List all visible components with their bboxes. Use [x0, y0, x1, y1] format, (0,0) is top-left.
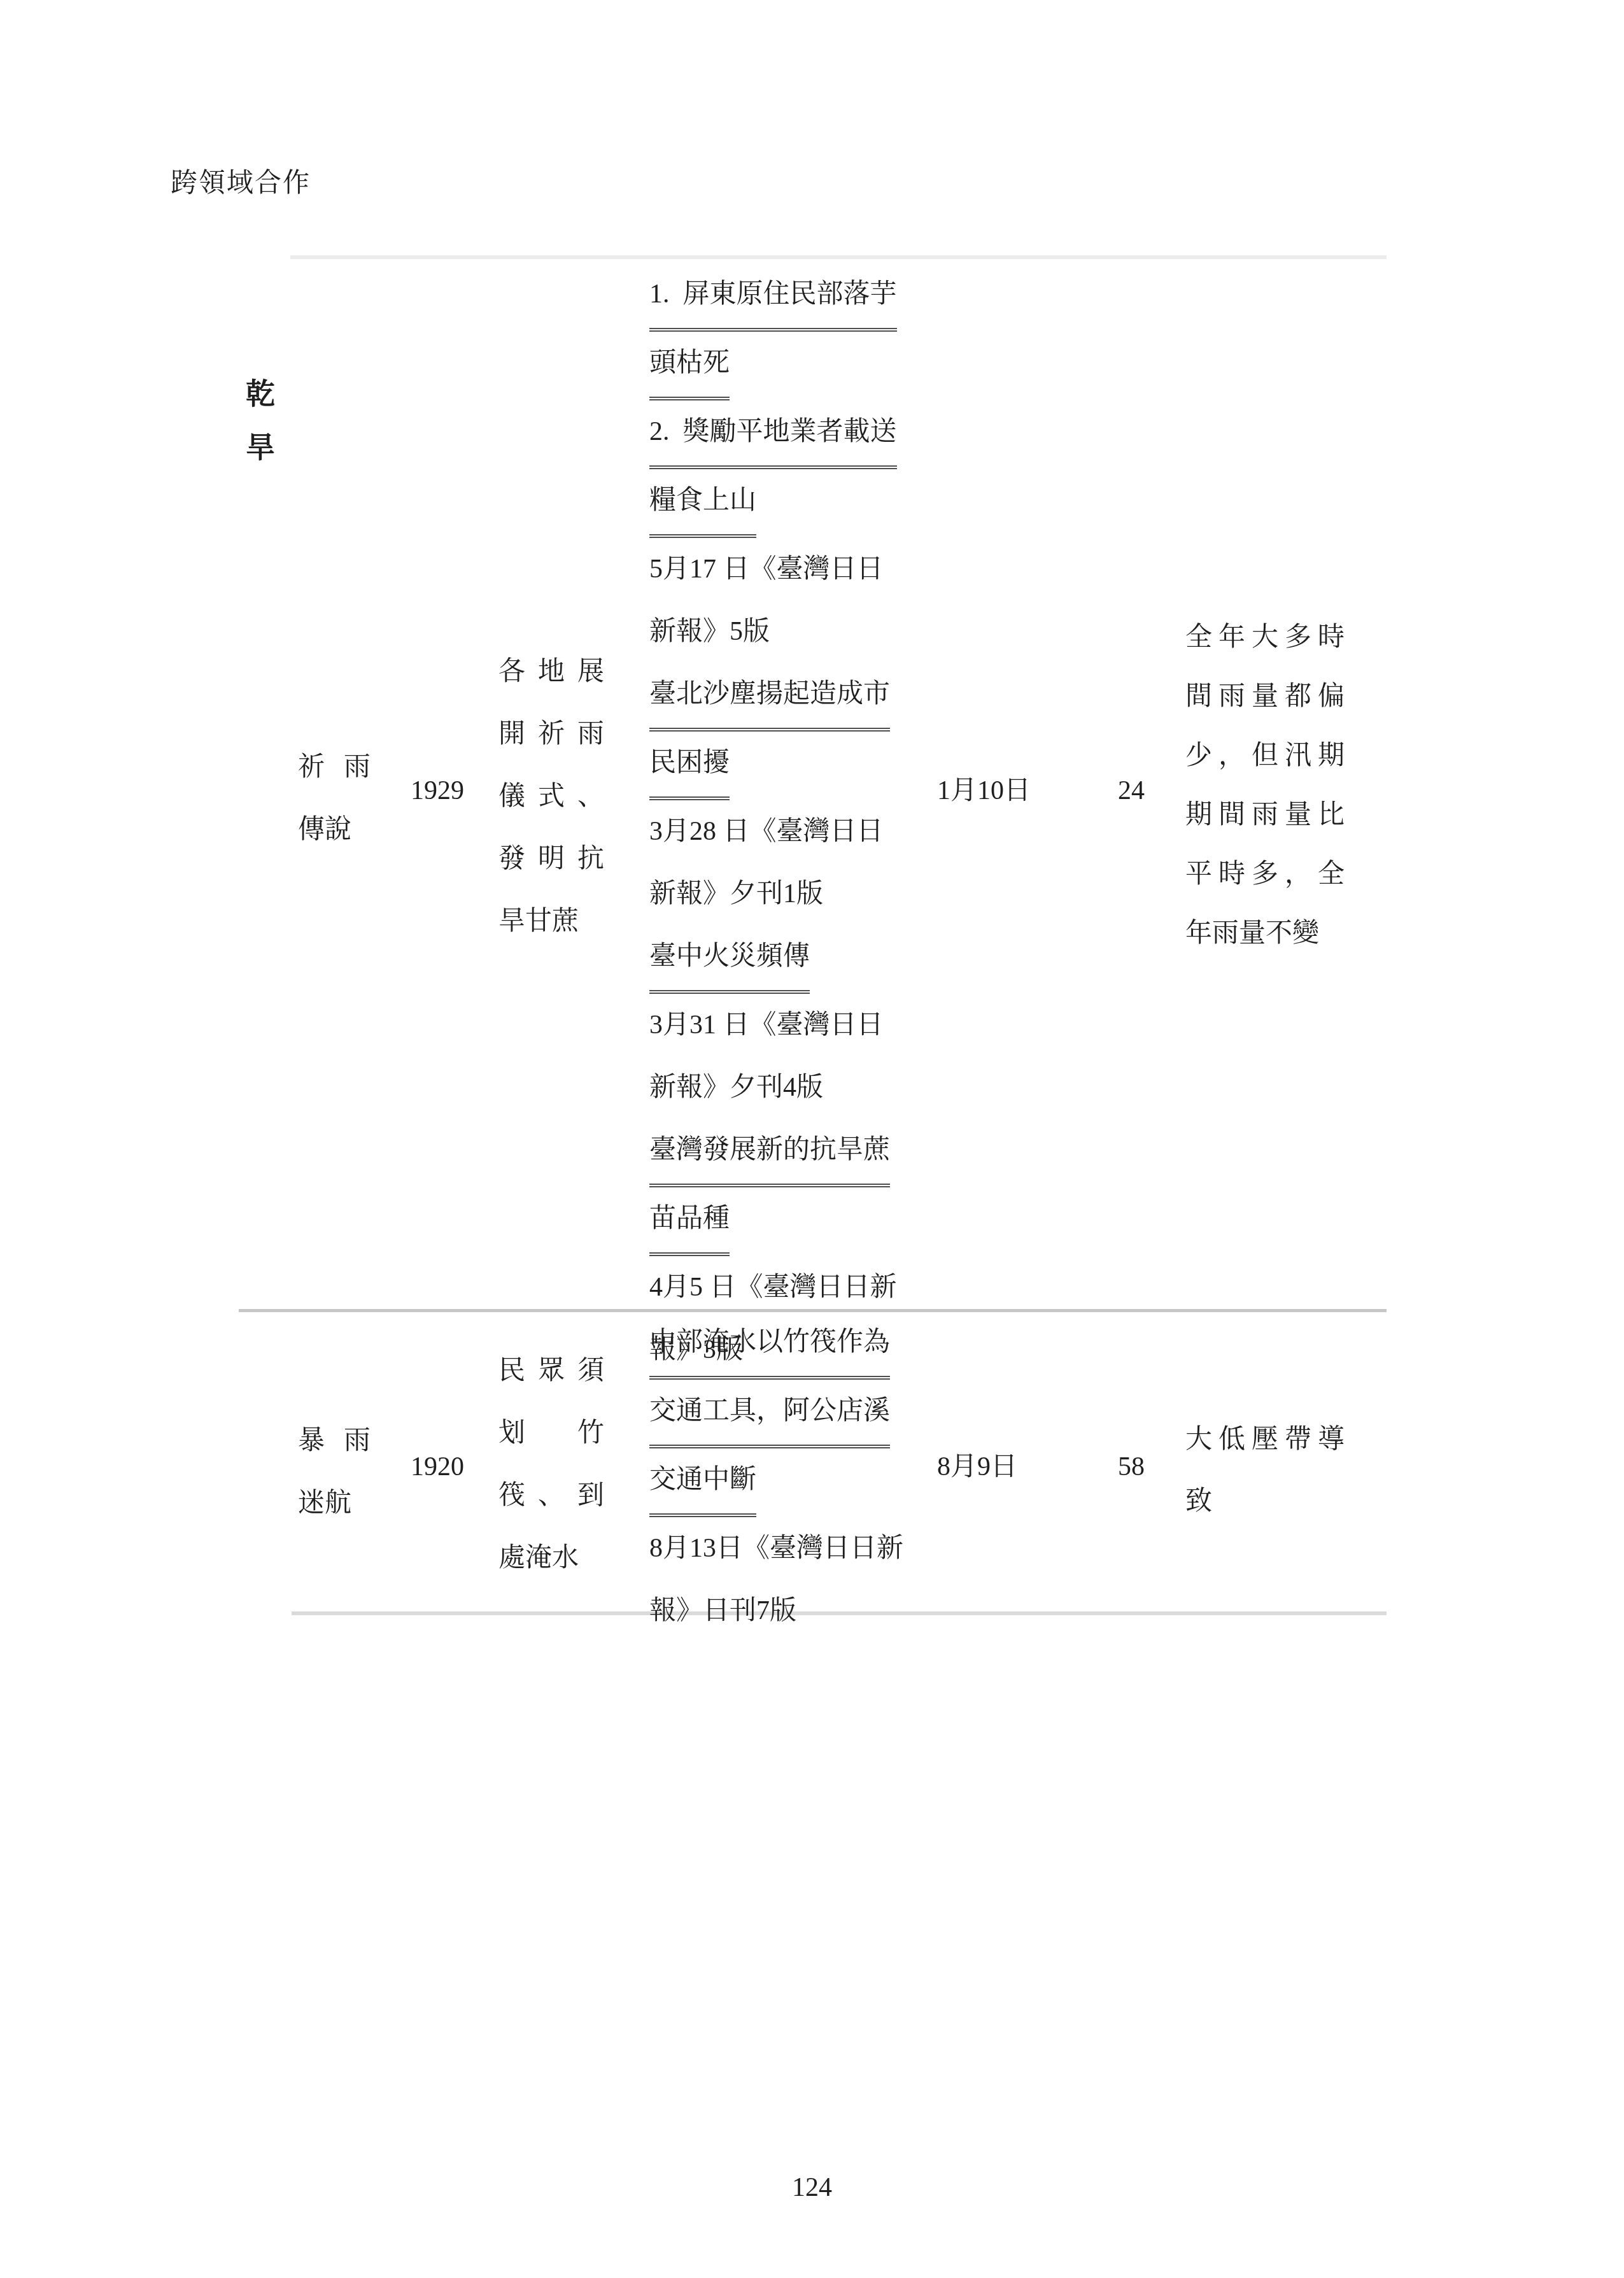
news-cell: 中部淹水以竹筏作為交通工具，阿公店溪交通中斷8月13日《臺灣日日新報》日刊7版	[649, 1311, 923, 1642]
news-line: 報》日刊7版	[649, 1580, 923, 1642]
news-line: 臺北沙塵揚起造成市	[649, 663, 923, 732]
headline-underlined: 頭枯死	[649, 332, 730, 400]
event-name-line: 迷航	[298, 1472, 371, 1534]
year-value: 1929	[411, 775, 464, 806]
year-cell: 1920	[411, 1452, 464, 1482]
news-line: 頭枯死	[649, 332, 923, 400]
document-page: 跨領域合作 乾旱祈雨傳說1929各地展開祈雨儀式、發明抗旱甘蔗1. 屏東原住民部…	[0, 0, 1624, 2278]
date-value: 8月9日	[937, 1452, 1017, 1482]
event-name-line: 暴雨	[298, 1410, 371, 1472]
description-cell: 民眾須划竹筏、到處淹水	[498, 1340, 604, 1589]
description-line: 民眾須	[498, 1340, 604, 1402]
notes-line: 平時多，全	[1185, 845, 1345, 904]
notes-cell: 大低壓帶導致	[1185, 1409, 1345, 1532]
event-name-cell: 暴雨迷航	[298, 1410, 371, 1534]
event-name-line: 祈雨	[298, 736, 371, 798]
headline-underlined: 民困擾	[649, 732, 730, 800]
event-name-line: 傳說	[298, 798, 371, 861]
news-line: 3月31 日《臺灣日日	[649, 994, 923, 1056]
count-cell: 24	[1118, 775, 1145, 806]
event-name-cell: 祈雨傳說	[298, 736, 371, 861]
count-value: 24	[1118, 775, 1145, 806]
description-line: 旱甘蔗	[498, 890, 604, 952]
category-line: 旱	[246, 421, 285, 474]
headline-underlined: 中部淹水以竹筏作為	[649, 1311, 890, 1380]
description-line: 各地展	[498, 640, 604, 703]
notes-line: 年雨量不變	[1185, 904, 1345, 963]
news-line: 5月17 日《臺灣日日	[649, 538, 923, 600]
news-line: 4月5 日《臺灣日日新	[649, 1256, 923, 1319]
category-line: 乾	[246, 367, 285, 421]
headline-underlined: 交通工具，阿公店溪	[649, 1380, 890, 1448]
headline-underlined: 1. 屏東原住民部落芋	[649, 263, 897, 332]
year-cell: 1929	[411, 775, 464, 806]
news-line: 3月28 日《臺灣日日	[649, 800, 923, 863]
headline-underlined: 臺北沙塵揚起造成市	[649, 663, 890, 732]
notes-line: 少，但汛期	[1185, 726, 1345, 786]
year-value: 1920	[411, 1452, 464, 1482]
news-cell: 1. 屏東原住民部落芋頭枯死2. 獎勵平地業者載送糧食上山5月17 日《臺灣日日…	[649, 263, 923, 1381]
description-line: 划竹	[498, 1402, 604, 1464]
news-line: 新報》夕刊1版	[649, 863, 923, 925]
notes-cell: 全年大多時間雨量都偏少，但汛期期間雨量比平時多，全年雨量不變	[1185, 608, 1345, 963]
count-cell: 58	[1118, 1452, 1145, 1482]
news-line: 民困擾	[649, 732, 923, 800]
page-header: 跨領域合作	[171, 167, 311, 201]
headline-underlined: 苗品種	[649, 1187, 730, 1256]
notes-line: 期間雨量比	[1185, 786, 1345, 845]
date-value: 1月10日	[937, 775, 1031, 806]
news-line: 交通中斷	[649, 1448, 923, 1517]
table-rule-top	[290, 255, 1387, 259]
headline-underlined: 交通中斷	[649, 1448, 756, 1517]
news-line: 中部淹水以竹筏作為	[649, 1311, 923, 1380]
notes-line: 全年大多時	[1185, 608, 1345, 667]
description-line: 開祈雨	[498, 703, 604, 765]
description-line: 處淹水	[498, 1527, 604, 1589]
news-line: 糧食上山	[649, 469, 923, 538]
page-number: 124	[0, 2172, 1624, 2203]
description-line: 發明抗	[498, 828, 604, 890]
description-line: 筏、到	[498, 1464, 604, 1527]
news-line: 新報》夕刊4版	[649, 1056, 923, 1119]
news-line: 2. 獎勵平地業者載送	[649, 400, 923, 469]
count-value: 58	[1118, 1452, 1145, 1482]
headline-underlined: 糧食上山	[649, 469, 756, 538]
notes-line: 間雨量都偏	[1185, 667, 1345, 726]
news-line: 臺中火災頻傳	[649, 925, 923, 994]
notes-line: 致	[1185, 1471, 1345, 1532]
news-line: 8月13日《臺灣日日新	[649, 1517, 923, 1580]
news-line: 新報》5版	[649, 600, 923, 663]
headline-underlined: 臺中火災頻傳	[649, 925, 810, 994]
news-line: 苗品種	[649, 1187, 923, 1256]
description-line: 儀式、	[498, 765, 604, 828]
news-line: 臺灣發展新的抗旱蔗	[649, 1119, 923, 1187]
news-line: 1. 屏東原住民部落芋	[649, 263, 923, 332]
notes-line: 大低壓帶導	[1185, 1409, 1345, 1471]
category-cell: 乾旱	[246, 367, 285, 474]
headline-underlined: 臺灣發展新的抗旱蔗	[649, 1119, 890, 1187]
date-cell: 1月10日	[937, 775, 1031, 806]
news-line: 交通工具，阿公店溪	[649, 1380, 923, 1448]
description-cell: 各地展開祈雨儀式、發明抗旱甘蔗	[498, 640, 604, 952]
headline-underlined: 2. 獎勵平地業者載送	[649, 400, 897, 469]
date-cell: 8月9日	[937, 1452, 1017, 1482]
